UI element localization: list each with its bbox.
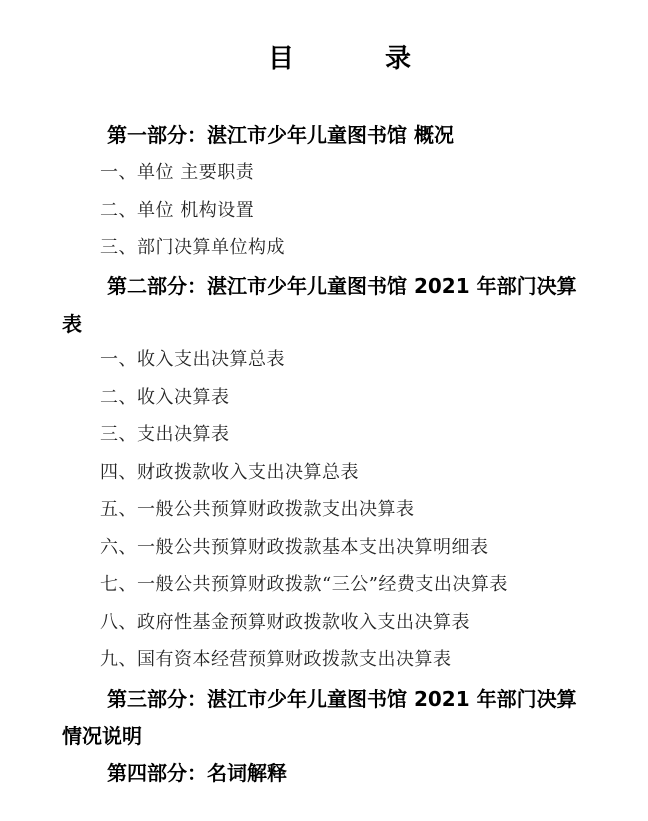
- toc-part2-item-4[interactable]: 四、财政拨款收入支出决算总表: [100, 458, 359, 484]
- page-title-char-2: 录: [385, 38, 411, 75]
- toc-part1-item-2[interactable]: 二、单位 机构设置: [100, 196, 254, 222]
- toc-part4-heading[interactable]: 第四部分：名词解释: [107, 757, 287, 786]
- toc-part2-item-6[interactable]: 六、一般公共预算财政拨款基本支出决算明细表: [100, 533, 489, 559]
- toc-part2-item-1[interactable]: 一、收入支出决算总表: [100, 345, 285, 371]
- toc-part2-item-9[interactable]: 九、国有资本经营预算财政拨款支出决算表: [100, 645, 452, 671]
- toc-part1-item-3[interactable]: 三、部门决算单位构成: [100, 233, 285, 259]
- toc-part2-item-8[interactable]: 八、政府性基金预算财政拨款收入支出决算表: [100, 608, 470, 634]
- toc-part1-item-1[interactable]: 一、单位 主要职责: [100, 158, 254, 184]
- toc-part2-item-3[interactable]: 三、支出决算表: [100, 420, 230, 446]
- toc-part2-item-5[interactable]: 五、一般公共预算财政拨款支出决算表: [100, 495, 415, 521]
- toc-part2-heading[interactable]: 第二部分：湛江市少年儿童图书馆 2021 年部门决算: [107, 270, 577, 299]
- page-title: 目 录: [0, 38, 648, 78]
- toc-part1-heading[interactable]: 第一部分：湛江市少年儿童图书馆 概况: [107, 119, 454, 148]
- toc-part2-item-2[interactable]: 二、收入决算表: [100, 383, 230, 409]
- toc-part2-item-7[interactable]: 七、一般公共预算财政拨款“三公”经费支出决算表: [100, 570, 508, 596]
- toc-part2-heading-continued[interactable]: 表: [62, 308, 82, 337]
- page-title-char-1: 目: [268, 38, 294, 75]
- toc-part3-heading-continued[interactable]: 情况说明: [62, 720, 142, 749]
- toc-part3-heading[interactable]: 第三部分：湛江市少年儿童图书馆 2021 年部门决算: [107, 683, 577, 712]
